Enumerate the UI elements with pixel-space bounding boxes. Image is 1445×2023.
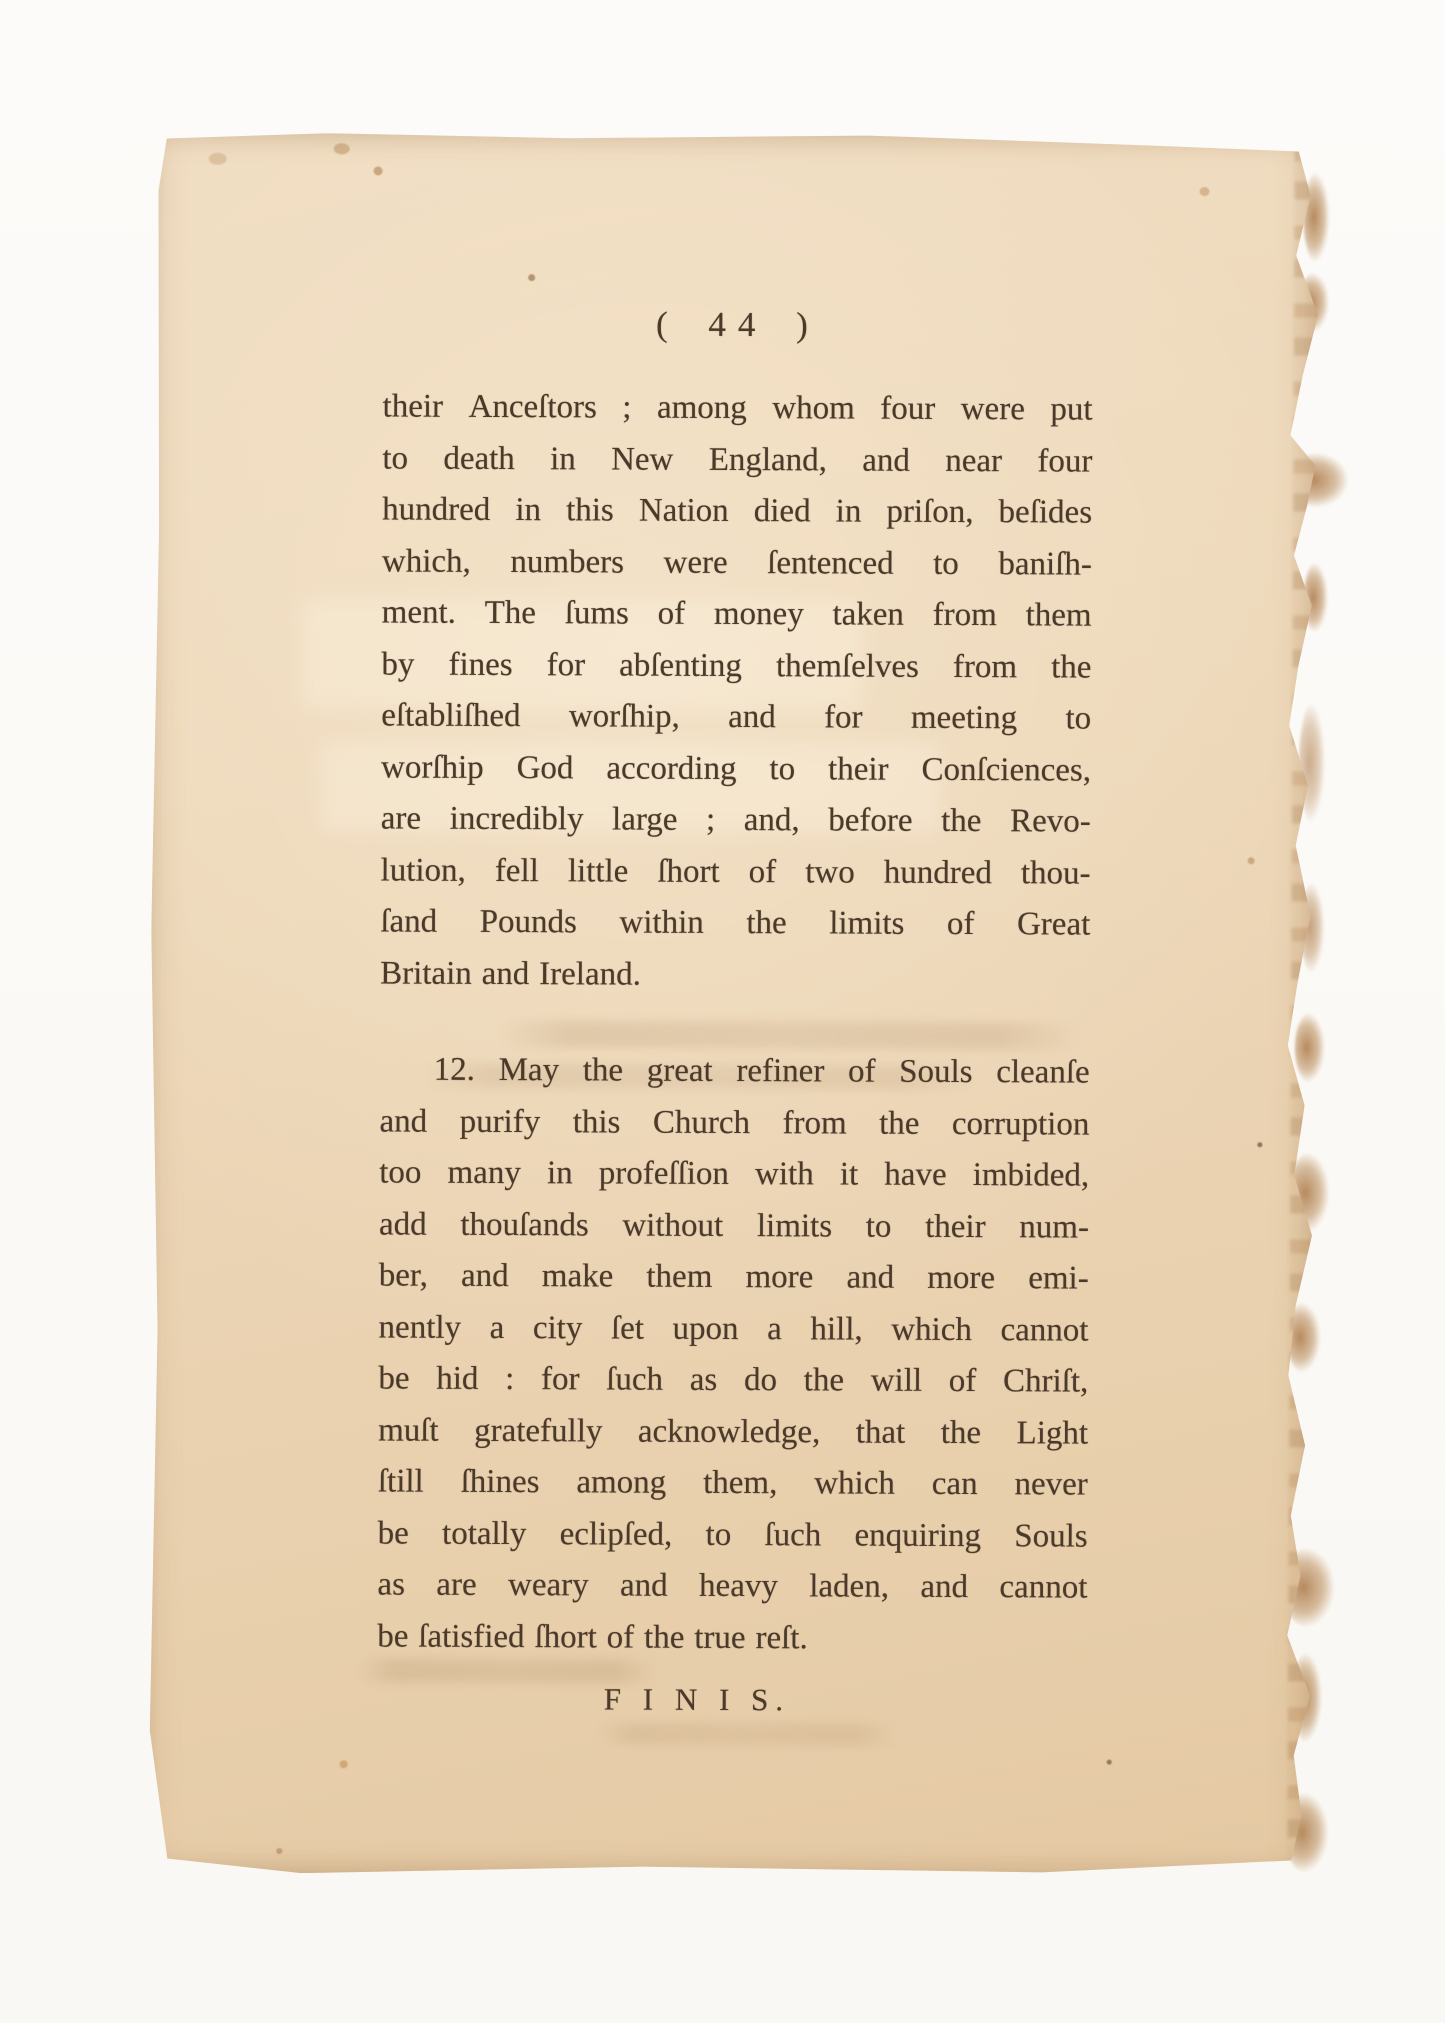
text-line: theirAnceſtors;amongwhomfourwereput [382,381,1092,436]
text-line: andpurifythisChurchfromthecorruption [379,1096,1089,1151]
finis-label: F I N I S. [342,1680,1052,1719]
text-line: ſandPoundswithinthelimitsofGreat [380,896,1090,951]
text-line: which,numberswereſentencedtobaniſh- [382,536,1092,591]
text-line: todeathinNewEngland,andnearfour [382,433,1092,488]
text-line: ber,andmakethemmoreandmoreemi- [379,1250,1089,1305]
text-line: worſhipGodaccordingtotheirConſciences, [381,742,1091,797]
torn-edge-fragment [1295,1012,1325,1082]
paragraph-1: theirAnceſtors;amongwhomfourwereputtodea… [380,381,1093,1002]
text-line: behid:forſuchasdothewillofChriſt, [378,1353,1088,1408]
text-line: byfinesforabſentingthemſelvesfromthe [381,639,1091,694]
page-number-header: ( 44 ) [383,303,1093,346]
printed-text-layer: ( 44 ) theirAnceſtors;amongwhomfourwerep… [141,130,1322,1877]
book-page: ( 44 ) theirAnceſtors;amongwhomfourwerep… [141,130,1322,1877]
text-line: BritainandIreland. [380,948,1090,1003]
text-line: ſtillſhinesamongthem,whichcannever [378,1456,1088,1511]
photo-background: ( 44 ) theirAnceſtors;amongwhomfourwerep… [0,0,1445,2023]
text-line: 12.MaythegreatrefinerofSoulscleanſe [380,1044,1090,1099]
text-line: eſtabliſhedworſhip,andformeetingto [381,690,1091,745]
paragraph-2: 12.MaythegreatrefinerofSoulscleanſeandpu… [377,1044,1090,1665]
text-line: beſatisfiedſhortofthetruereſt. [377,1611,1087,1666]
text-line: muſtgratefullyacknowledge,thattheLight [378,1405,1088,1460]
text-line: lution,felllittleſhortoftwohundredthou- [380,845,1090,900]
text-line: betotallyeclipſed,toſuchenquiringSouls [378,1508,1088,1563]
text-line: toomanyinprofeſſionwithithaveimbided, [379,1147,1089,1202]
text-line: asarewearyandheavyladen,andcannot [377,1559,1087,1614]
text-line: nentlyacityſetuponahill,whichcannot [378,1302,1088,1357]
text-line: hundredinthisNationdiedinpriſon,beſides [382,484,1092,539]
text-line: addthouſandswithoutlimitstotheirnum- [379,1199,1089,1254]
foxing-spot [142,1759,150,1767]
text-line: ment.Theſumsofmoneytakenfromthem [382,587,1092,642]
text-line: areincrediblylarge;and,beforetheRevo- [381,793,1091,848]
paper-sheet: ( 44 ) theirAnceſtors;amongwhomfourwerep… [141,130,1322,1877]
